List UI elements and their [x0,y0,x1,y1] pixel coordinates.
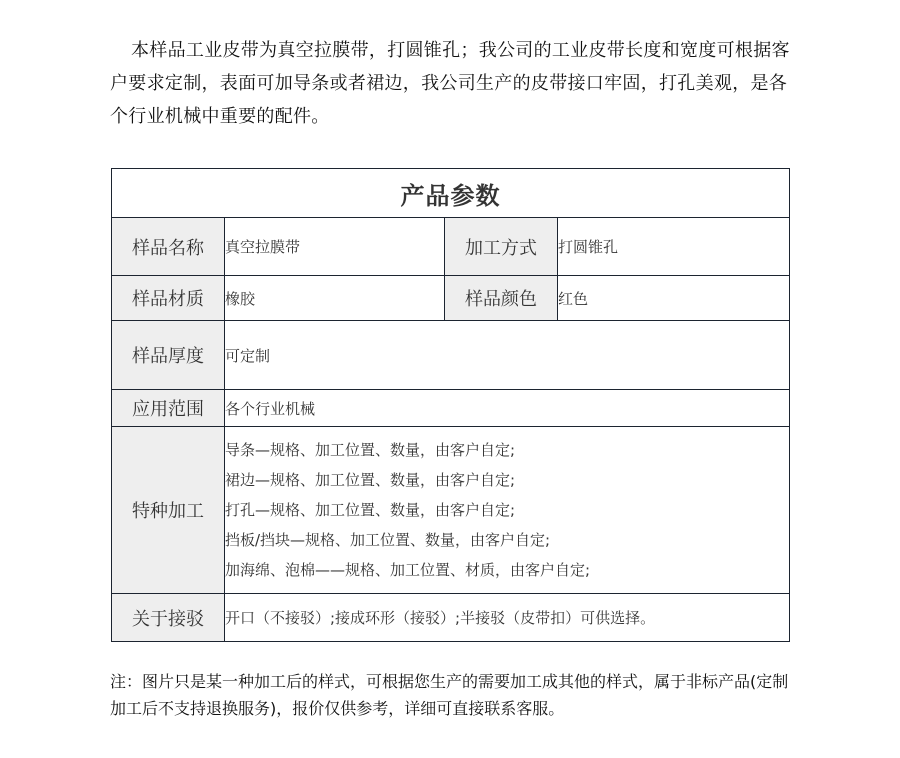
value-application: 各个行业机械 [225,390,790,427]
special-line: 裙边—规格、加工位置、数量，由客户自定; [225,465,789,495]
value-color: 红色 [558,276,790,321]
table-row: 特种加工 导条—规格、加工位置、数量，由客户自定; 裙边—规格、加工位置、数量，… [112,427,790,594]
value-thickness: 可定制 [225,321,790,390]
intro-text: 本样品工业皮带为真空拉膜带，打圆锥孔；我公司的工业皮带长度和宽度可根据客户要求定… [110,40,790,127]
value-special-processing: 导条—规格、加工位置、数量，由客户自定; 裙边—规格、加工位置、数量，由客户自定… [225,427,790,594]
table-title: 产品参数 [112,169,790,218]
disclaimer-note: 注：图片只是某一种加工后的样式，可根据您生产的需要加工成其他的样式，属于非标产品… [110,668,800,722]
label-material: 样品材质 [112,276,225,321]
special-line: 加海绵、泡棉——规格、加工位置、材质，由客户自定; [225,555,789,585]
special-line: 打孔—规格、加工位置、数量，由客户自定; [225,495,789,525]
value-sample-name: 真空拉膜带 [225,218,445,276]
table-row: 样品材质 橡胶 样品颜色 红色 [112,276,790,321]
table-row: 样品名称 真空拉膜带 加工方式 打圆锥孔 [112,218,790,276]
value-material: 橡胶 [225,276,445,321]
value-splice: 开口（不接驳）;接成环形（接驳）;半接驳（皮带扣）可供选择。 [225,594,790,642]
table-row: 应用范围 各个行业机械 [112,390,790,427]
label-color: 样品颜色 [445,276,558,321]
label-thickness: 样品厚度 [112,321,225,390]
table-row: 关于接驳 开口（不接驳）;接成环形（接驳）;半接驳（皮带扣）可供选择。 [112,594,790,642]
label-processing-method: 加工方式 [445,218,558,276]
product-params-table: 产品参数 样品名称 真空拉膜带 加工方式 打圆锥孔 样品材质 橡胶 样品颜色 红… [111,168,790,642]
intro-paragraph: 本样品工业皮带为真空拉膜带，打圆锥孔；我公司的工业皮带长度和宽度可根据客户要求定… [110,34,800,133]
special-line: 挡板/挡块—规格、加工位置、数量，由客户自定; [225,525,789,555]
label-application: 应用范围 [112,390,225,427]
label-splice: 关于接驳 [112,594,225,642]
label-sample-name: 样品名称 [112,218,225,276]
label-special-processing: 特种加工 [112,427,225,594]
table-row: 样品厚度 可定制 [112,321,790,390]
value-processing-method: 打圆锥孔 [558,218,790,276]
special-line: 导条—规格、加工位置、数量，由客户自定; [225,435,789,465]
